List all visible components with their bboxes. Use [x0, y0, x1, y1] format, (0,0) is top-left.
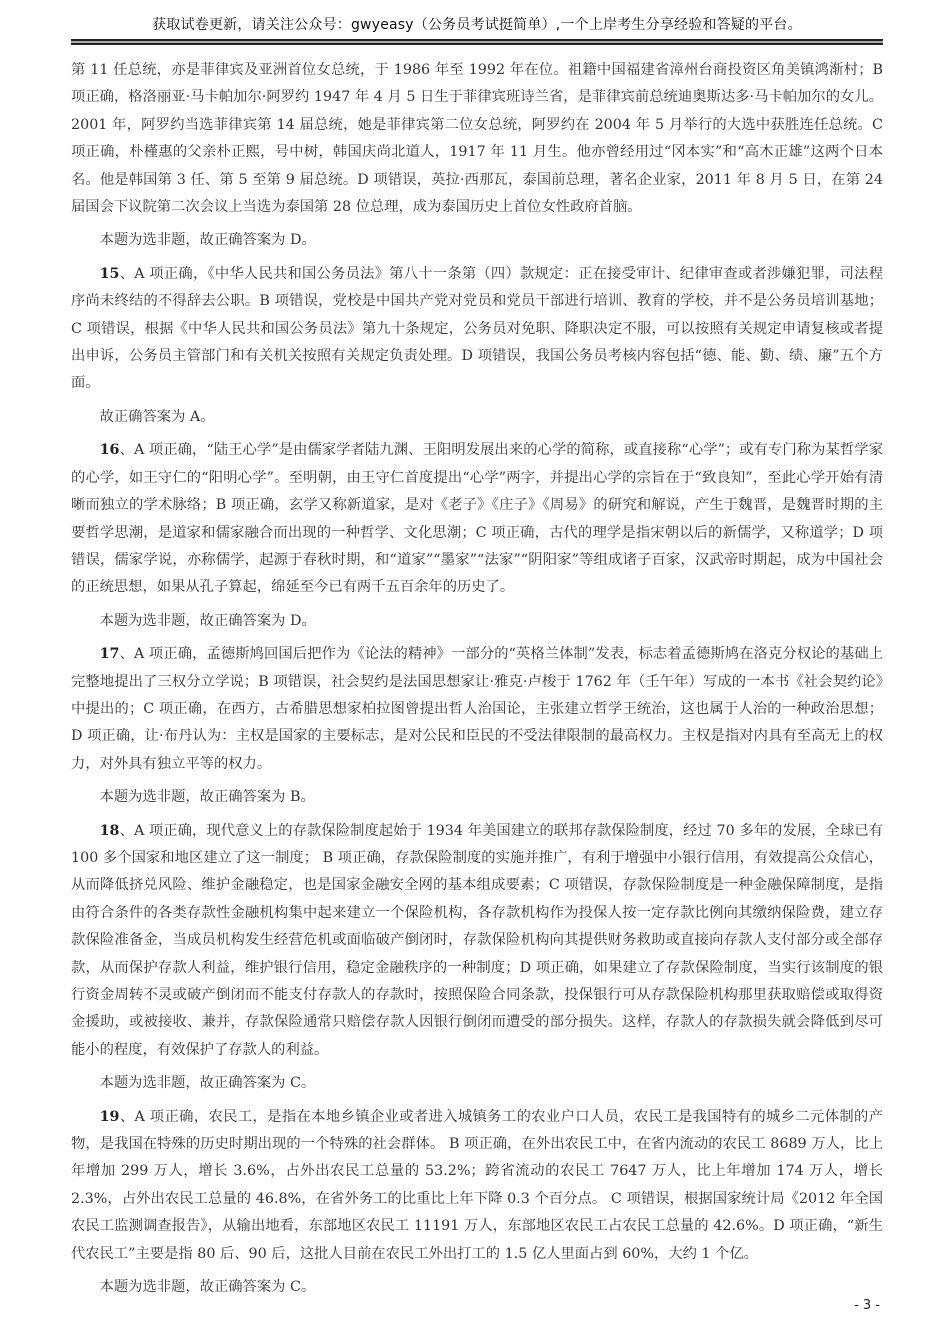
answer-line: 故正确答案为 A。 [71, 404, 883, 431]
answer-line: 本题为选非题，故正确答案为 C。 [71, 1274, 883, 1301]
answer-line: 本题为选非题，故正确答案为 B。 [71, 784, 883, 811]
answer-line: 本题为选非题，故正确答案为 D。 [71, 227, 883, 254]
question-19: 19、A 项正确，农民工，是指在本地乡镇企业或者进入城镇务工的农业户口人员，农民… [71, 1104, 883, 1268]
header-notice: 获取试卷更新，请关注公众号：gwyeasy（公务员考试挺简单）,一个上岸考生分享… [71, 14, 883, 34]
paragraph-text: 、A 项正确，“陆王心学”是由儒家学者陆九渊、王阳明发展出来的心学的简称，或直接… [71, 442, 883, 595]
answer-text: 故正确答案为 A。 [100, 409, 215, 425]
answer-line: 本题为选非题，故正确答案为 C。 [71, 1070, 883, 1097]
header-divider [71, 39, 883, 45]
answer-text: 本题为选非题，故正确答案为 C。 [100, 1075, 316, 1091]
answer-text: 本题为选非题，故正确答案为 C。 [100, 1279, 316, 1295]
paragraph-text: 、A 项正确，农民工，是指在本地乡镇企业或者进入城镇务工的农业户口人员，农民工是… [71, 1109, 883, 1262]
page-number: - 3 - [854, 1298, 880, 1313]
answer-text: 本题为选非题，故正确答案为 B。 [100, 789, 315, 805]
question-15: 15、A 项正确，《中华人民共和国公务员法》第八十一条第（四）款规定：正在接受审… [71, 261, 883, 398]
paragraph-text: 第 11 任总统，亦是菲律宾及亚洲首位女总统，于 1986 年至 1992 年在… [71, 62, 883, 215]
question-16: 16、A 项正确，“陆王心学”是由儒家学者陆九渊、王阳明发展出来的心学的简称，或… [71, 437, 883, 601]
answer-line: 本题为选非题，故正确答案为 D。 [71, 608, 883, 635]
answer-text: 本题为选非题，故正确答案为 D。 [100, 232, 316, 248]
answer-text: 本题为选非题，故正确答案为 D。 [100, 613, 316, 629]
paragraph-text: 、A 项正确，现代意义上的存款保险制度起始于 1934 年美国建立的联邦存款保险… [71, 823, 883, 1058]
paragraph-text: 、A 项正确，《中华人民共和国公务员法》第八十一条第（四）款规定：正在接受审计、… [71, 266, 883, 392]
paragraph-continuation: 第 11 任总统，亦是菲律宾及亚洲首位女总统，于 1986 年至 1992 年在… [71, 57, 883, 221]
question-number: 18 [100, 823, 120, 839]
document-body: 第 11 任总统，亦是菲律宾及亚洲首位女总统，于 1986 年至 1992 年在… [71, 57, 883, 1301]
question-number: 19 [100, 1109, 120, 1125]
question-17: 17、A 项正确，孟德斯鸠回国后把作为《论法的精神》一部分的“英格兰体制”发表，… [71, 641, 883, 778]
question-number: 16 [100, 442, 120, 458]
question-number: 17 [100, 646, 120, 662]
paragraph-text: 、A 项正确，孟德斯鸠回国后把作为《论法的精神》一部分的“英格兰体制”发表，标志… [71, 646, 883, 772]
question-number: 15 [100, 266, 120, 282]
question-18: 18、A 项正确，现代意义上的存款保险制度起始于 1934 年美国建立的联邦存款… [71, 818, 883, 1065]
